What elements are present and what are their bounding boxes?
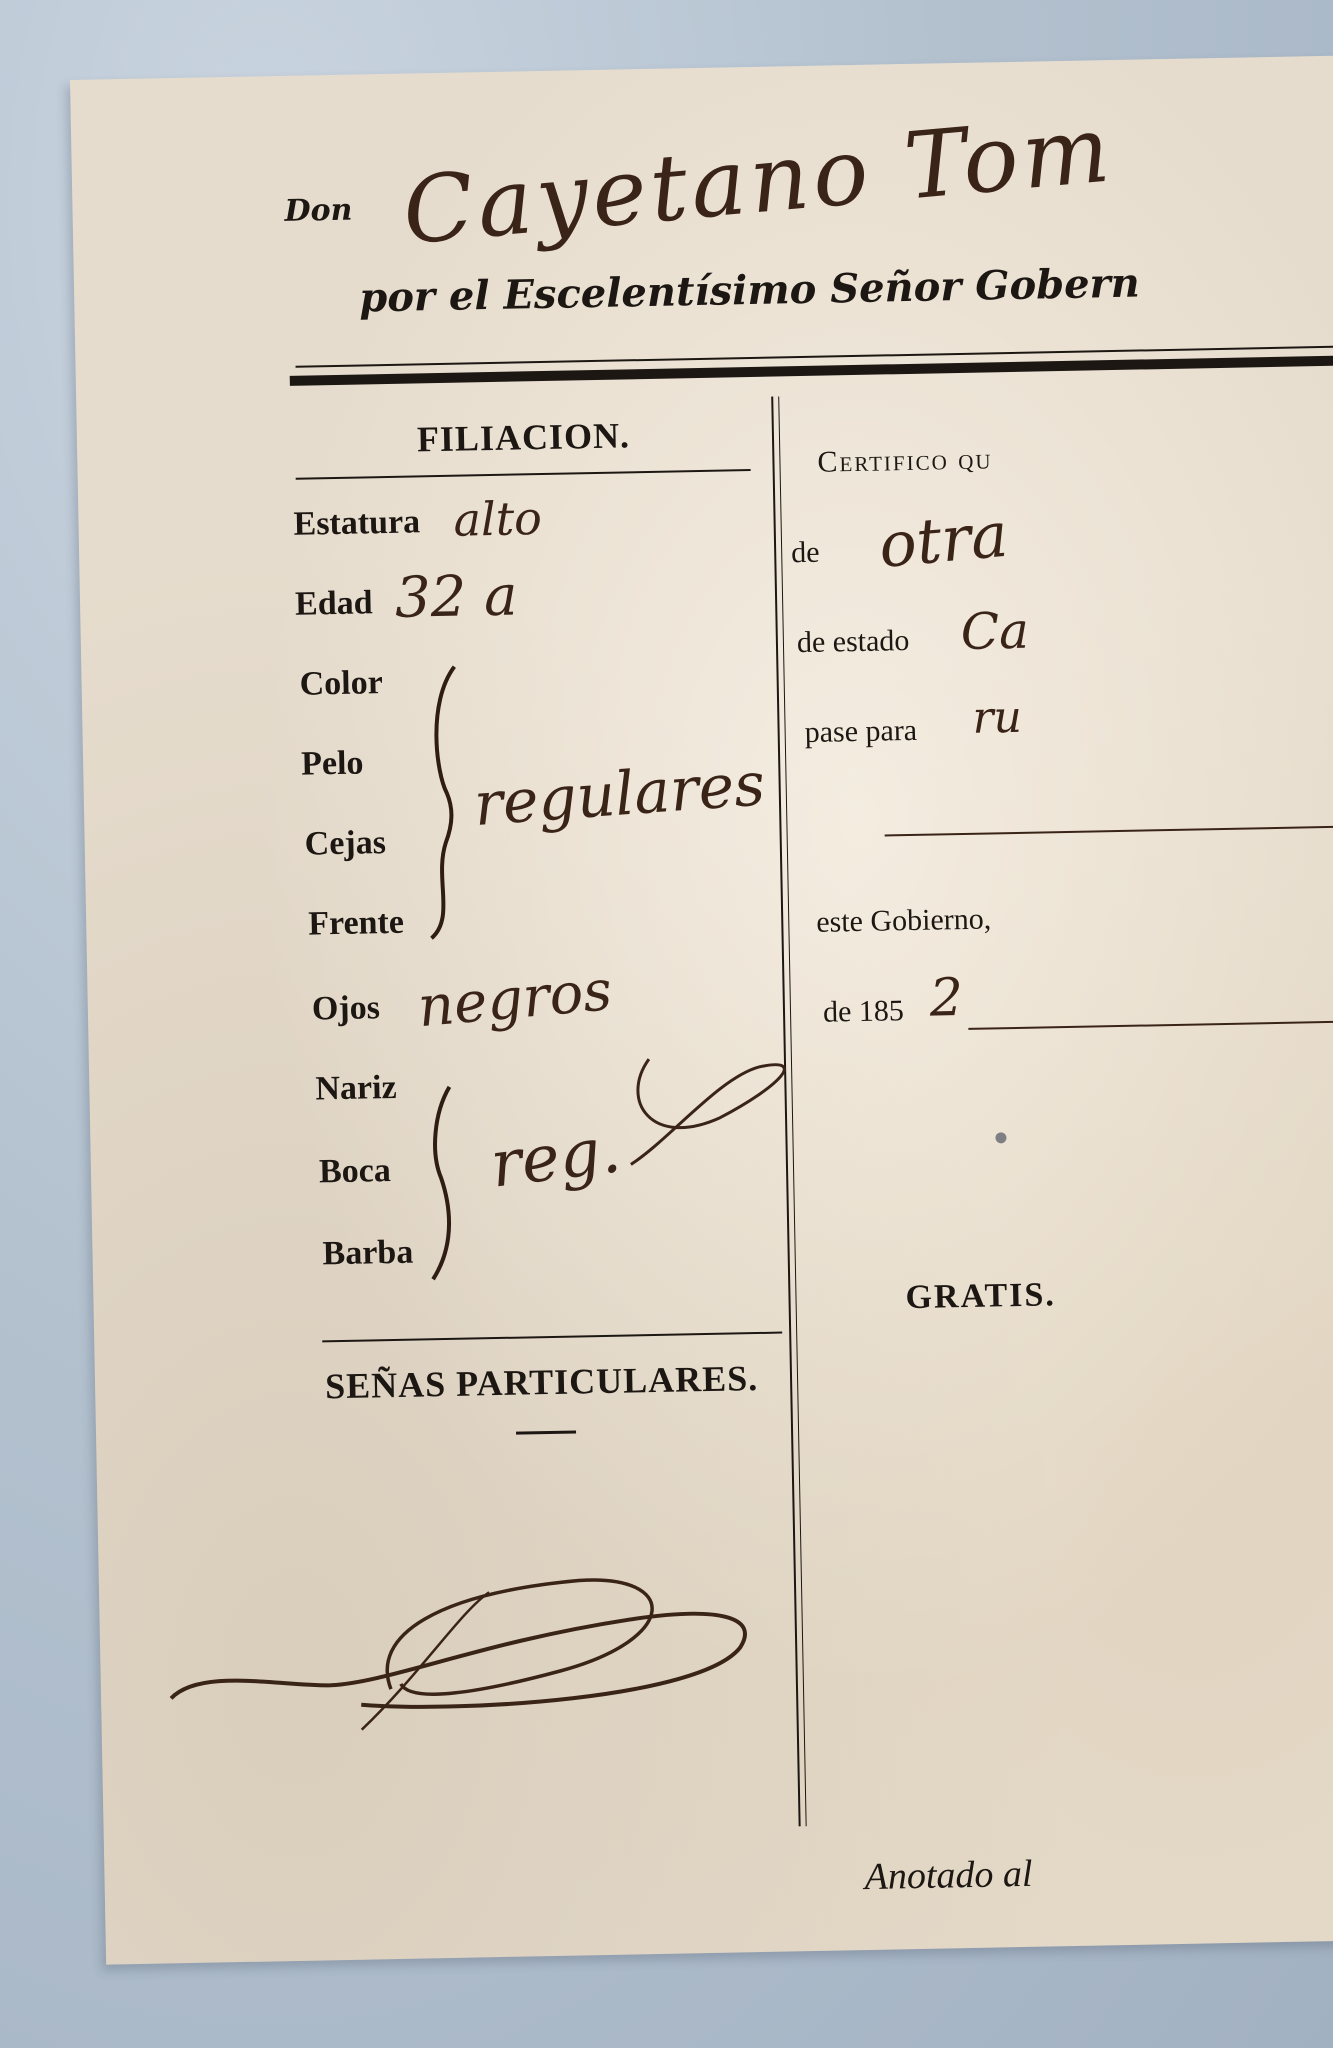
cert-line5-blank — [885, 825, 1333, 837]
issuer-line: por el Escelentísimo Señor Gobern — [359, 260, 1140, 322]
senas-short-rule — [516, 1431, 576, 1435]
field-value-color-frente-group: regulares — [472, 749, 767, 840]
filiacion-rule — [296, 469, 751, 480]
senas-top-rule — [322, 1332, 782, 1343]
field-label-edad: Edad — [295, 584, 373, 623]
field-label-boca: Boca — [319, 1152, 391, 1191]
cert-line3-label: de estado — [797, 624, 910, 660]
flourish-icon-nariz — [609, 1046, 811, 1170]
field-label-ojos: Ojos — [312, 989, 381, 1028]
field-label-pelo: Pelo — [301, 744, 364, 783]
cert-line2-label: de — [791, 536, 820, 571]
cert-line4-label: pase para — [804, 714, 917, 750]
filiacion-title: FILIACION. — [417, 414, 631, 460]
field-label-frente: Frente — [308, 904, 404, 944]
field-label-cejas: Cejas — [304, 824, 386, 864]
field-value-ojos: negros — [415, 958, 614, 1040]
cert-line1: Certifico qu — [817, 442, 993, 479]
cert-line3-value: Ca — [960, 602, 1029, 661]
cert-line7-label: de 185 — [823, 994, 904, 1030]
name-handwritten: Cayetano Tom — [399, 95, 1118, 265]
field-value-edad: 32 a — [394, 564, 518, 631]
field-label-nariz: Nariz — [315, 1069, 397, 1109]
cert-line4-value: ru — [972, 692, 1022, 744]
paper-hole — [995, 1132, 1006, 1143]
document-sheet: Don Cayetano Tom por el Escelentísimo Se… — [70, 55, 1333, 1964]
brace-icon-color-frente — [416, 663, 471, 944]
brace-icon-nariz-barba — [419, 1083, 473, 1284]
header-thick-rule — [290, 355, 1333, 386]
gratis-label: GRATIS. — [905, 1276, 1056, 1317]
cert-line6: este Gobierno, — [816, 902, 992, 939]
cert-line2-value: otra — [876, 498, 1011, 582]
senas-title: SEÑAS PARTICULARES. — [325, 1357, 759, 1407]
field-label-barba: Barba — [322, 1234, 413, 1274]
don-label: Don — [284, 193, 353, 229]
field-label-color: Color — [299, 664, 383, 704]
cert-line7-year-digit: 2 — [929, 968, 963, 1029]
field-label-estatura: Estatura — [293, 503, 420, 543]
field-value-estatura: alto — [453, 491, 542, 547]
field-value-nariz-barba-group: reg. — [487, 1113, 625, 1202]
footer-anotado: Anotado al — [864, 1852, 1033, 1899]
cert-line7-underline — [968, 1020, 1333, 1030]
senas-flourish-icon — [158, 1546, 802, 1758]
